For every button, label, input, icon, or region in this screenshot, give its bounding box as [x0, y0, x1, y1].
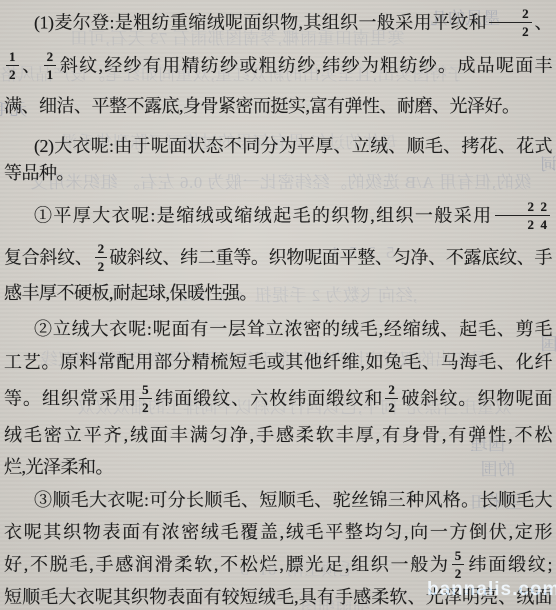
weave-fraction: 21 [44, 50, 57, 81]
text-run: 破斜纹、纬二重等。织物呢面平整、匀净、不露底纹、手 [109, 248, 552, 268]
fraction-denominator: 2 [385, 399, 398, 414]
text-run: (2)大衣呢:由于呢面状态不同分为平厚、立绒、顺毛、拷花、花式 [34, 136, 552, 156]
text-line: 复合斜纹、22破斜纹、纬二重等。织物呢面平整、匀净、不露底纹、手 [4, 244, 552, 270]
text-run: 感丰厚不硬板,耐起球,保暖性强。 [4, 283, 257, 303]
text-run: 、 [21, 56, 42, 76]
text-line: 12、21斜纹,经纱有用精纺纱或粗纺纱,纬纱为粗纺纱。成品呢面丰 [4, 52, 552, 78]
weave-fraction: 22 [489, 7, 532, 38]
fraction-denominator: 2 [489, 23, 532, 38]
text-run: 破斜纹。织物呢面 [400, 389, 552, 409]
text-run: 纬面缎纹; [466, 555, 552, 575]
text-line: ③顺毛大衣呢:可分长顺毛、短顺毛、驼丝锦三种风格。长顺毛大 [4, 487, 552, 513]
text-line: 衣呢其织物表面有浓密绒毛覆盖,绒毛平整均匀,向一方倒伏,定形 [4, 519, 552, 545]
weave-fraction: 2 22 4 [495, 200, 551, 231]
fraction-numerator: 2 [385, 383, 398, 399]
fraction-numerator: 2 [44, 50, 57, 66]
fraction-denominator: 2 4 [495, 216, 551, 231]
text-run: 好,不脱毛,手感润滑柔软,不松烂,膘光足,组织一般为 [4, 555, 450, 575]
text-run: 满、细洁、平整不露底,身骨紧密而挺实,富有弹性、耐磨、光泽好。 [4, 96, 520, 116]
text-run: 等品种。 [4, 163, 74, 183]
text-line: 等。组织常采用52纬面缎纹、六枚纬面缎纹和22破斜纹。织物呢面 [4, 385, 552, 411]
text-run: ③顺毛大衣呢:可分长顺毛、短顺毛、驼丝锦三种风格。长顺毛大 [34, 490, 552, 510]
text-line: 工艺。原料常配用部分精梳短毛或其他纤维,如兔毛、马海毛、化纤 [4, 349, 552, 375]
text-run: ①平厚大衣呢:是缩绒或缩绒起毛的织物,组织一般采用 [34, 206, 493, 226]
text-run: 等。组织常采用 [4, 389, 137, 409]
watermark-text: bannalis.com [427, 579, 556, 601]
text-line: (2)大衣呢:由于呢面状态不同分为平厚、立绒、顺毛、拷花、花式 [4, 133, 552, 159]
text-run: 复合斜纹、 [4, 248, 93, 268]
weave-fraction: 52 [452, 549, 465, 580]
weave-fraction: 22 [95, 242, 108, 273]
weave-fraction: 22 [385, 383, 398, 414]
document-text: (1)麦尔登:是粗纺重缩绒呢面织物,其组织一般采用平纹和22、12、21斜纹,经… [0, 0, 556, 610]
text-run: 斜纹,经纱有用精纺纱或粗纺纱,纬纱为粗纺纱。成品呢面丰 [58, 56, 552, 76]
weave-fraction: 52 [139, 383, 152, 414]
text-line: 感丰厚不硬板,耐起球,保暖性强。 [4, 280, 552, 306]
text-line: 等品种。 [4, 160, 552, 186]
text-run: (1)麦尔登:是粗纺重缩绒呢面织物,其组织一般采用平纹和 [34, 13, 487, 33]
fraction-denominator: 2 [6, 66, 19, 81]
fraction-numerator: 5 [452, 549, 465, 565]
text-run: 工艺。原料常配用部分精梳短毛或其他纤维,如兔毛、马海毛、化纤 [4, 352, 552, 372]
text-run: 衣呢其织物表面有浓密绒毛覆盖,绒毛平整均匀,向一方倒伏,定形 [4, 522, 552, 542]
weave-fraction: 12 [6, 50, 19, 81]
text-run: 烂,光泽柔和。 [4, 457, 113, 477]
text-line: 好,不脱毛,手感润滑柔软,不松烂,膘光足,组织一般为52纬面缎纹; [4, 551, 552, 577]
fraction-numerator: 2 [95, 242, 108, 258]
fraction-numerator: 1 [6, 50, 19, 66]
fraction-denominator: 2 [139, 399, 152, 414]
fraction-numerator: 2 2 [495, 200, 551, 216]
fraction-denominator: 2 [95, 258, 108, 273]
text-line: 烂,光泽柔和。 [4, 454, 552, 480]
fraction-denominator: 2 [452, 565, 465, 580]
text-run: 纬面缎纹、六枚纬面缎纹和 [154, 389, 384, 409]
fraction-numerator: 5 [139, 383, 152, 399]
text-line: 绒毛密立平齐,绒面丰满匀净,手感柔软丰厚,有身骨,有弹性,不松 [4, 422, 552, 448]
text-line: 满、细洁、平整不露底,身骨紧密而挺实,富有弹性、耐磨、光泽好。 [4, 93, 552, 119]
text-line: ①平厚大衣呢:是缩绒或缩绒起毛的织物,组织一般采用2 22 4 [4, 202, 552, 228]
text-line: (1)麦尔登:是粗纺重缩绒呢面织物,其组织一般采用平纹和22、 [4, 9, 552, 35]
text-run: 绒毛密立平齐,绒面丰满匀净,手感柔软丰厚,有身骨,有弹性,不松 [4, 425, 552, 445]
text-run: 、 [534, 13, 552, 33]
scanned-page: 寒里南田重雨椰,琴南图那雨石 73 天石,可田墨风的凡子特图实出,且呈实出的新双… [0, 0, 556, 610]
fraction-numerator: 2 [489, 7, 532, 23]
text-run: ②立绒大衣呢:呢面有一层耸立浓密的绒毛,经缩绒、起毛、剪毛 [34, 319, 552, 339]
text-line: ②立绒大衣呢:呢面有一层耸立浓密的绒毛,经缩绒、起毛、剪毛 [4, 316, 552, 342]
fraction-denominator: 1 [44, 66, 57, 81]
